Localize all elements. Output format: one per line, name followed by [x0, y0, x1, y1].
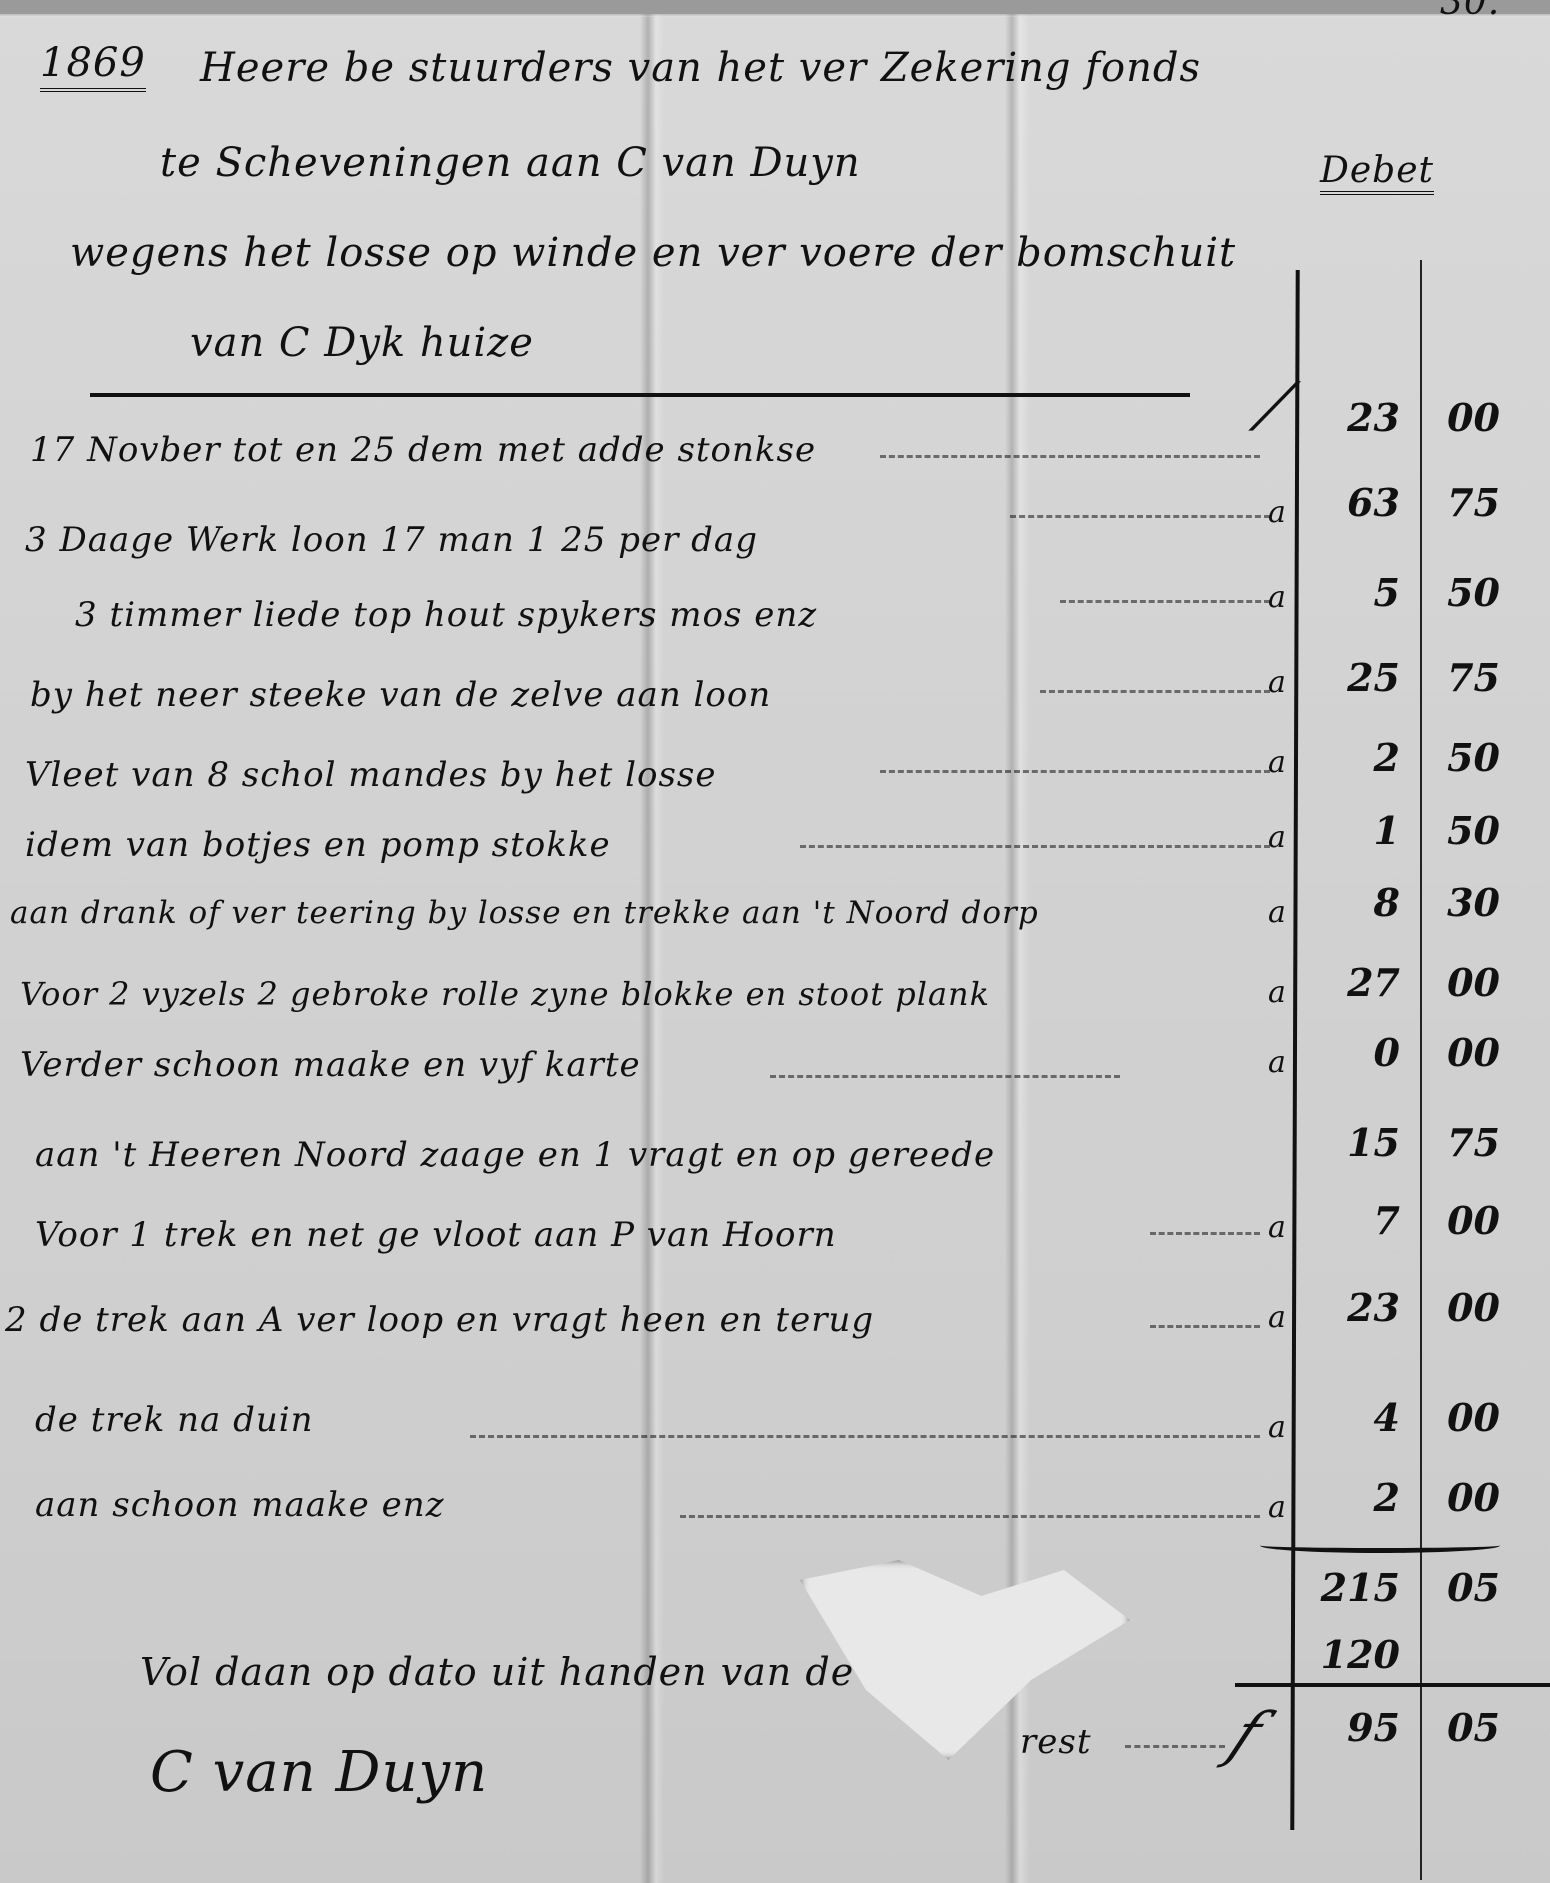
rest-label: rest: [1020, 1722, 1092, 1762]
item-description: 2 de trek aan A ver loop en vragt heen e…: [5, 1300, 874, 1340]
leader-dots: [1040, 690, 1270, 693]
item-cents: 00: [1430, 395, 1500, 440]
item-description: 17 Novber tot en 25 dem met adde stonkse: [30, 430, 816, 470]
item-guilders: 23: [1310, 1285, 1400, 1330]
document-year: 1869: [40, 40, 146, 92]
item-description: aan 't Heeren Noord zaage en 1 vragt en …: [35, 1135, 995, 1175]
leader-dots: [680, 1515, 1260, 1518]
leader-dots: [470, 1435, 1260, 1438]
item-description: Vleet van 8 schol mandes by het losse: [25, 755, 716, 795]
subtotal-cents: 05: [1430, 1565, 1500, 1610]
total-wavy-rule: [1260, 1538, 1500, 1553]
ditto-mark: a: [1268, 1490, 1286, 1525]
header-line-2: te Scheveningen aan C van Duyn: [160, 140, 861, 186]
ditto-mark: a: [1268, 1410, 1286, 1445]
leader-dots: [1150, 1325, 1260, 1328]
item-cents: 30: [1430, 880, 1500, 925]
item-description: aan schoon maake enz: [35, 1485, 445, 1525]
item-description: de trek na duin: [35, 1400, 314, 1440]
subtraction-rule: [1235, 1683, 1550, 1687]
rest-cents: 05: [1430, 1705, 1500, 1750]
item-description: 3 Daage Werk loon 17 man 1 25 per dag: [25, 520, 758, 560]
item-cents: 50: [1430, 735, 1500, 780]
item-cents: 00: [1430, 1285, 1500, 1330]
item-description: Voor 2 vyzels 2 gebroke rolle zyne blokk…: [20, 975, 990, 1013]
top-edge: [0, 14, 1550, 17]
item-guilders: 4: [1320, 1395, 1400, 1440]
leader-dots: [770, 1075, 1120, 1078]
ditto-mark: a: [1268, 580, 1286, 615]
item-description: Verder schoon maake en vyf karte: [20, 1045, 641, 1085]
item-guilders: 15: [1310, 1120, 1400, 1165]
leader-dots: [880, 455, 1260, 458]
item-guilders: 25: [1310, 655, 1400, 700]
item-guilders: 27: [1310, 960, 1400, 1005]
ditto-mark: a: [1268, 495, 1286, 530]
leader-dots: [800, 845, 1270, 848]
leader-dots: [1150, 1232, 1260, 1235]
leader-dots: [1010, 515, 1270, 518]
item-description: 3 timmer liede top hout spykers mos enz: [75, 595, 817, 635]
ditto-mark: a: [1268, 820, 1286, 855]
item-cents: 50: [1430, 808, 1500, 853]
item-cents: 75: [1430, 1120, 1500, 1165]
header-line-3: wegens het losse op winde en ver voere d…: [70, 230, 1236, 276]
cents-column-line: [1420, 260, 1422, 1880]
ditto-mark: a: [1268, 975, 1286, 1010]
item-cents: 75: [1430, 480, 1500, 525]
ditto-mark: a: [1268, 745, 1286, 780]
item-guilders: 7: [1320, 1198, 1400, 1243]
signature: C van Duyn: [150, 1740, 488, 1805]
leader-dots: [1060, 600, 1270, 603]
item-guilders: 0: [1320, 1030, 1400, 1075]
ditto-mark: a: [1268, 665, 1286, 700]
leader-dots: [1125, 1745, 1225, 1748]
subtotal-guilders: 215: [1290, 1565, 1400, 1610]
item-guilders: 2: [1320, 735, 1400, 780]
ditto-mark: a: [1268, 1045, 1286, 1080]
leader-dots: [880, 770, 1270, 773]
item-cents: 00: [1430, 960, 1500, 1005]
item-description: idem van botjes en pomp stokke: [25, 825, 611, 865]
corner-mark: 30.: [1440, 0, 1500, 23]
header-divider: [90, 393, 1190, 397]
debet-column-header: Debet: [1320, 150, 1434, 195]
paid-guilders: 120: [1290, 1632, 1400, 1677]
item-description: by het neer steeke van de zelve aan loon: [30, 675, 771, 715]
item-description: Voor 1 trek en net ge vloot aan P van Ho…: [35, 1215, 837, 1255]
header-line-1: Heere be stuurders van het ver Zekering …: [200, 45, 1201, 91]
item-cents: 00: [1430, 1475, 1500, 1520]
item-guilders: 63: [1320, 480, 1400, 525]
header-line-4: van C Dyk huize: [190, 320, 534, 366]
ditto-mark: a: [1268, 1210, 1286, 1245]
item-guilders: 1: [1320, 808, 1400, 853]
item-cents: 00: [1430, 1198, 1500, 1243]
item-cents: 00: [1430, 1395, 1500, 1440]
item-cents: 50: [1430, 570, 1500, 615]
item-guilders: 23: [1320, 395, 1400, 440]
rest-guilders: 95: [1310, 1705, 1400, 1750]
item-cents: 00: [1430, 1030, 1500, 1075]
ditto-mark: a: [1268, 895, 1286, 930]
item-guilders: 2: [1320, 1475, 1400, 1520]
item-guilders: 5: [1320, 570, 1400, 615]
item-guilders: 8: [1320, 880, 1400, 925]
ditto-mark: a: [1268, 1300, 1286, 1335]
item-description: aan drank of ver teering by losse en tre…: [10, 895, 1039, 931]
item-cents: 75: [1430, 655, 1500, 700]
